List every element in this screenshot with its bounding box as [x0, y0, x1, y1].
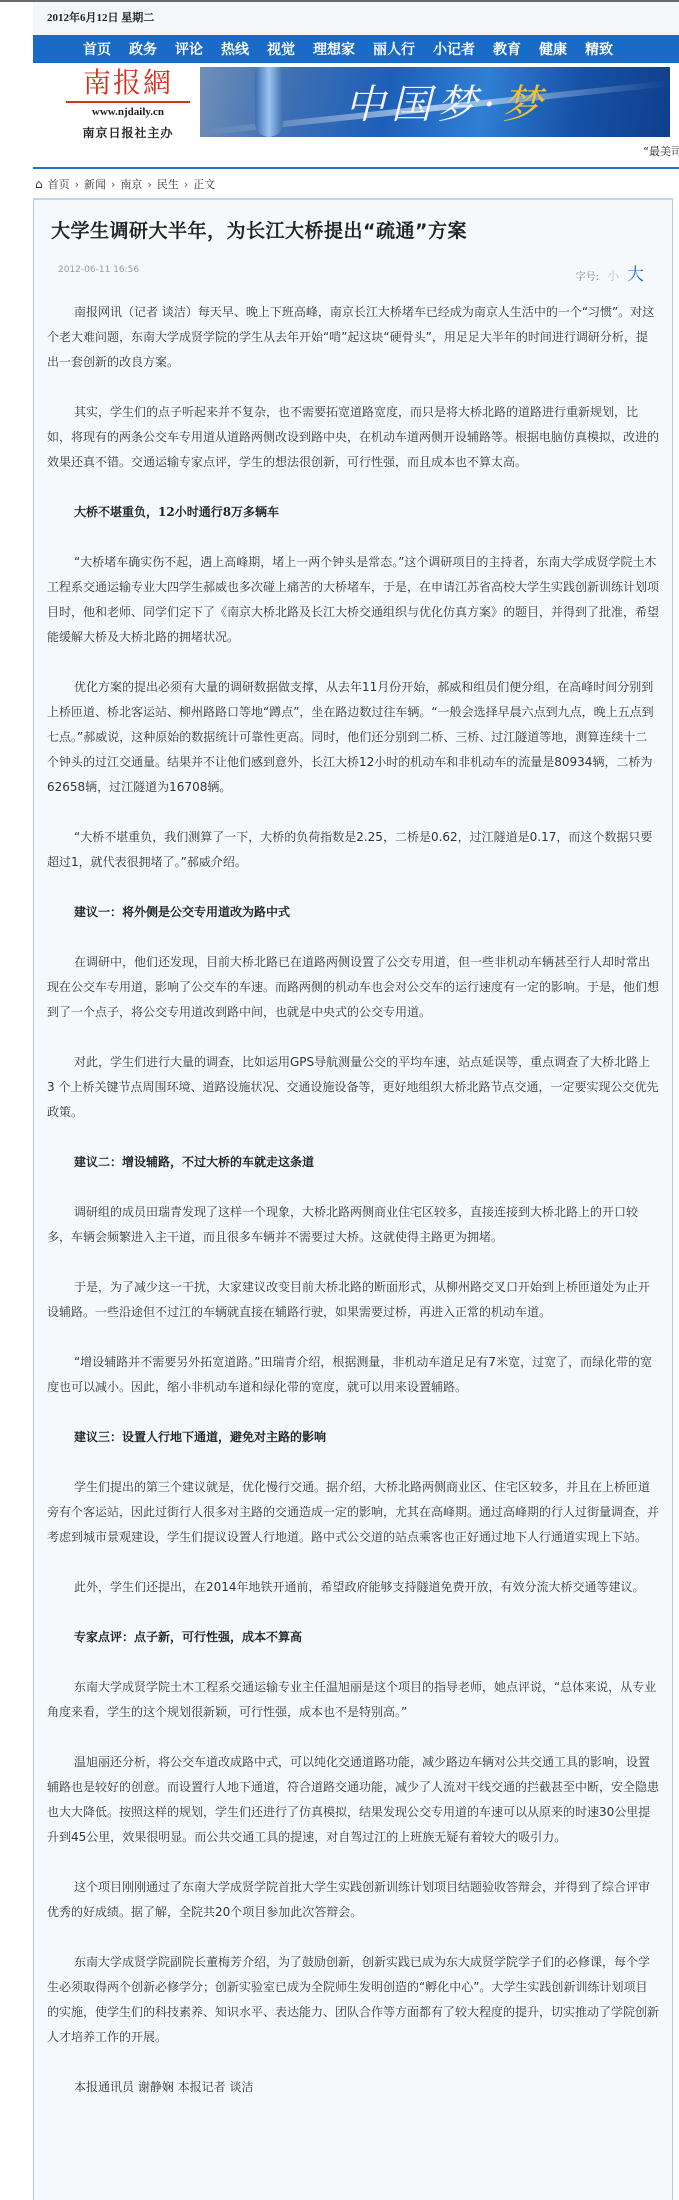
breadcrumb-home[interactable]: 首页 [48, 176, 70, 192]
chevron-right-icon: › [147, 178, 151, 191]
article-paragraph: “增设辅路并不需要另外拓宽道路。”田瑞青介绍，根据测量，非机动车道足足有7米宽，… [47, 1350, 659, 1400]
article-paragraph: “大桥堵车确实伤不起，遇上高峰期，堵上一两个钟头是常态。”这个调研项目的主持者，… [47, 550, 659, 650]
breadcrumb: ⌂ 首页 › 新闻 › 南京 › 民生 › 正文 [35, 176, 215, 192]
nav-item-opinion[interactable]: 评论 [175, 39, 203, 59]
article-paragraph: 于是，为了减少这一干扰，大家建议改变目前大桥北路的断面形式，从柳州路交叉口开始到… [47, 1275, 659, 1325]
breadcrumb-news[interactable]: 新闻 [84, 176, 106, 192]
article-paragraph: 东南大学成贤学院副院长董梅芳介绍，为了鼓励创新，创新实践已成为东大成贤学院学子们… [47, 1950, 659, 2050]
masthead: 南报網 www.njdaily.cn 南京日报社主办 中国梦·梦 “最美司机 [33, 63, 679, 131]
article-paragraph: 这个项目刚刚通过了东南大学成贤学院首批大学生实践创新训练计划项目结题验收答辩会，… [47, 1875, 659, 1925]
article-paragraph: 本报通讯员 谢静娴 本报记者 谈洁 [47, 2075, 659, 2100]
nav-item-government[interactable]: 政务 [129, 39, 157, 59]
chevron-right-icon: › [184, 178, 188, 191]
article-paragraph: 东南大学成贤学院土木工程系交通运输专业主任温旭丽是这个项目的指导老师，她点评说，… [47, 1675, 659, 1725]
nav-item-visual[interactable]: 视觉 [267, 39, 295, 59]
article-title: 大学生调研大半年，为长江大桥提出“疏通”方案 [51, 216, 467, 243]
font-size-small-button[interactable]: 小 [607, 267, 619, 284]
main-nav: 首页 政务 评论 热线 视觉 理想家 丽人行 小记者 教育 健康 精致 [33, 35, 679, 63]
nav-item-home[interactable]: 首页 [83, 39, 111, 59]
nav-item-health[interactable]: 健康 [539, 39, 567, 59]
banner-caption[interactable]: “最美司机 [643, 143, 679, 159]
breadcrumb-current: 正文 [193, 176, 215, 192]
article-paragraph: 其实，学生们的点子听起来并不复杂，也不需要拓宽道路宽度，而只是将大桥北路的道路进… [47, 400, 659, 475]
banner-slogan-accent: 梦 [502, 82, 548, 128]
nav-item-exquisite[interactable]: 精致 [585, 39, 613, 59]
nav-item-young-reporter[interactable]: 小记者 [433, 39, 475, 59]
header-divider [33, 167, 679, 169]
font-size-control: 字号: 小 大 [576, 260, 644, 285]
ad-banner[interactable]: 中国梦·梦 [200, 67, 670, 137]
article-paragraph: 在调研中，他们还发现，目前大桥北路已在道路两侧设置了公交专用道，但一些非机动车辆… [47, 950, 659, 1025]
page-header: 2012年6月12日 星期二 首页 政务 评论 热线 视觉 理想家 丽人行 小记… [33, 2, 679, 131]
article-paragraph: 南报网讯（记者 谈洁）每天早、晚上下班高峰，南京长江大桥堵车已经成为南京人生活中… [47, 300, 659, 375]
article-paragraph: 调研组的成员田瑞青发现了这样一个现象，大桥北路两侧商业住宅区较多，直接连接到大桥… [47, 1200, 659, 1250]
logo-underline [66, 101, 190, 103]
home-icon[interactable]: ⌂ [35, 177, 43, 191]
date-bar: 2012年6月12日 星期二 [33, 2, 679, 35]
banner-bottle-image [255, 67, 283, 137]
article-container: 大学生调研大半年，为长江大桥提出“疏通”方案 2012-06-11 16:56 … [33, 198, 673, 2200]
article-datetime: 2012-06-11 16:56 [58, 265, 139, 275]
section-heading: 建议三：设置人行地下通道，避免对主路的影响 [47, 1425, 659, 1450]
article-paragraph: 学生们提出的第三个建议就是，优化慢行交通。据介绍，大桥北路两侧商业区、住宅区较多… [47, 1475, 659, 1550]
article-paragraph: 温旭丽还分析，将公交车道改成路中式，可以纯化交通道路功能，减少路边车辆对公共交通… [47, 1750, 659, 1850]
current-date: 2012年6月12日 星期二 [47, 12, 154, 24]
banner-slogan-main: 中国梦· [345, 82, 502, 128]
chevron-right-icon: › [111, 178, 115, 191]
section-heading: 建议二：增设辅路，不过大桥的车就走这条道 [47, 1150, 659, 1175]
article-paragraph: “大桥不堪重负，我们测算了一下，大桥的负荷指数是2.25，二桥是0.62，过江隧… [47, 825, 659, 875]
logo-wordmark: 南报網 [48, 67, 208, 99]
logo-url: www.njdaily.cn [48, 106, 208, 118]
section-heading: 专家点评：点子新，可行性强，成本不算高 [47, 1625, 659, 1650]
nav-item-ladies[interactable]: 丽人行 [373, 39, 415, 59]
chevron-right-icon: › [75, 178, 79, 191]
nav-item-ideal-home[interactable]: 理想家 [313, 39, 355, 59]
article-paragraph: 优化方案的提出必须有大量的调研数据做支撑，从去年11月份开始，郝威和组员们便分组… [47, 675, 659, 800]
article-body: 南报网讯（记者 谈洁）每天早、晚上下班高峰，南京长江大桥堵车已经成为南京人生活中… [47, 300, 659, 2125]
breadcrumb-livelihood[interactable]: 民生 [157, 176, 179, 192]
article-paragraph: 此外，学生们还提出，在2014年地铁开通前，希望政府能够支持隧道免费开放，有效分… [47, 1575, 659, 1600]
banner-slogan: 中国梦·梦 [345, 73, 548, 130]
font-size-large-button[interactable]: 大 [627, 260, 644, 285]
font-size-label: 字号: [576, 268, 599, 283]
section-heading: 建议一：将外侧是公交专用道改为路中式 [47, 900, 659, 925]
nav-item-education[interactable]: 教育 [493, 39, 521, 59]
breadcrumb-nanjing[interactable]: 南京 [120, 176, 142, 192]
logo-publisher: 南京日报社主办 [48, 124, 208, 141]
section-heading: 大桥不堪重负，12小时通行8万多辆车 [47, 500, 659, 525]
article-paragraph: 对此，学生们进行大量的调查，比如运用GPS导航测量公交的平均车速，站点延误等，重… [47, 1050, 659, 1125]
nav-item-hotline[interactable]: 热线 [221, 39, 249, 59]
site-logo[interactable]: 南报網 www.njdaily.cn 南京日报社主办 [48, 67, 208, 141]
